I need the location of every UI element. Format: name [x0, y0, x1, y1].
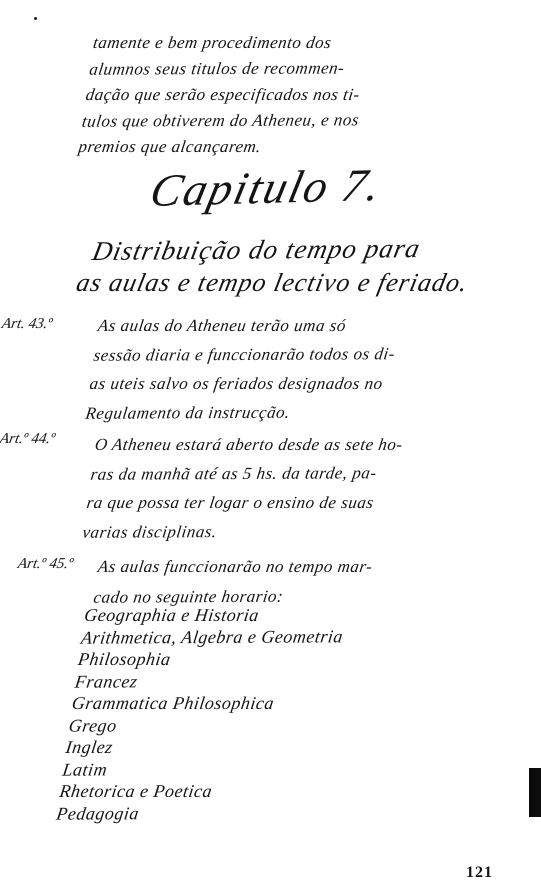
article-45-body: As aulas funccionarão no tempo mar- cado… [92, 552, 375, 612]
subject-item: Pedagogia [55, 801, 320, 824]
intro-paragraph: tamente e bem procedimento dos alumnos s… [77, 30, 372, 160]
scan-edge-mark [529, 768, 541, 817]
intro-line: tulos que obtiverem do Atheneu, e nos [80, 107, 360, 134]
subject-item: Rhetorica e Poetica [58, 780, 323, 802]
page-number: 121 [466, 864, 493, 882]
subject-item: Latim [61, 757, 326, 780]
manuscript-page: tamente e bem procedimento dos alumnos s… [0, 0, 541, 892]
article-line: ras da manhã até as 5 hs. da tarde, pa- [89, 458, 401, 489]
subject-item: Grammatica Philosophica [71, 692, 336, 714]
chapter-title: Capitulo 7. [145, 159, 387, 217]
article-44-label: Art.º 44.º [0, 431, 56, 448]
intro-line: tamente e bem procedimento dos [91, 30, 371, 56]
intro-line: premios que alcançarem. [77, 134, 357, 160]
article-43-body: As aulas do Atheneu terão uma só sessão … [84, 311, 401, 427]
article-line: O Atheneu estará aberto desde as sete ho… [93, 430, 405, 459]
subject-item: Francez [74, 669, 339, 692]
subject-item: Inglez [64, 736, 329, 758]
article-line: as uteis salvo os feriados designados no [88, 369, 393, 398]
article-line: As aulas do Atheneu terão uma só [96, 311, 401, 340]
chapter-subtitle-line-1: Distribuição do tempo para [90, 233, 424, 267]
subject-item: Grego [67, 713, 332, 736]
chapter-subtitle-line-2: as aulas e tempo lectivo e feriado. [74, 268, 471, 298]
article-line: ra que possa ter logar o ensino de suas [85, 488, 397, 517]
article-line: varias disciplinas. [81, 516, 393, 547]
subject-item: Arithmetica, Algebra e Geometria [80, 625, 345, 648]
article-line: As aulas funccionarão no tempo mar- [96, 552, 375, 582]
article-45-label: Art.º 45.º [17, 556, 75, 573]
subject-item: Philosophia [77, 648, 342, 670]
subject-list: Geographia e Historia Arithmetica, Algeb… [55, 604, 348, 824]
subject-item: Geographia e Historia [83, 604, 348, 626]
article-line: sessão diaria e funccionarão todos os di… [92, 339, 397, 370]
intro-line: alumnos seus titulos de recommen- [88, 55, 368, 82]
article-43-label: Art. 43.º [1, 316, 54, 333]
article-line: Regulamento da instrucção. [84, 397, 389, 428]
article-44-body: O Atheneu estará aberto desde as sete ho… [81, 430, 405, 546]
ink-speck [34, 17, 37, 20]
intro-line: dação que serão especificados nos ti- [84, 82, 364, 108]
